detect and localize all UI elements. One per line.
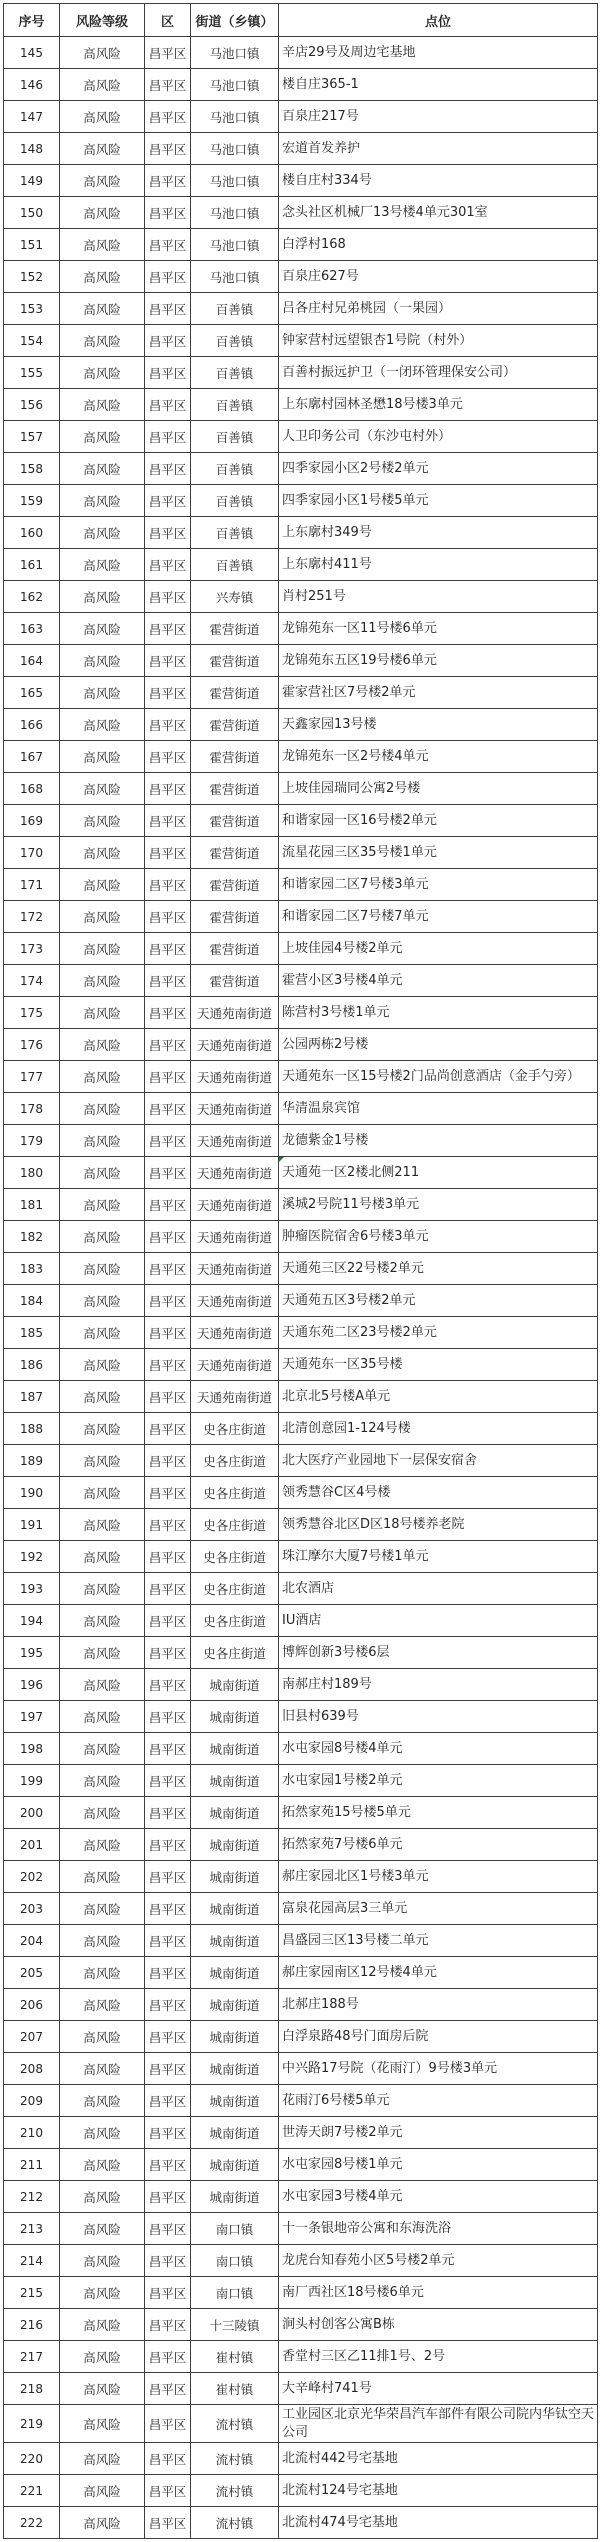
location-cell: 中兴路17号院（花雨汀）9号楼3单元 <box>279 2053 598 2085</box>
location-cell: 上东廓村411号 <box>279 549 598 581</box>
table-row: 216高风险昌平区十三陵镇涧头村创客公寓B栋 <box>4 2309 598 2341</box>
table-row: 172高风险昌平区霍营街道和谐家园二区7号楼7单元 <box>4 901 598 933</box>
risk-level-cell: 高风险 <box>60 1189 145 1221</box>
location-cell: 流星花园三区35号楼1单元 <box>279 837 598 869</box>
location-cell: 和谐家园二区7号楼7单元 <box>279 901 598 933</box>
risk-level-cell: 高风险 <box>60 133 145 165</box>
street-cell: 马池口镇 <box>191 37 279 69</box>
district-cell: 昌平区 <box>145 2085 191 2117</box>
serial-cell: 195 <box>4 1637 60 1669</box>
street-cell: 史各庄街道 <box>191 1637 279 1669</box>
table-row: 183高风险昌平区天通苑南街道天通苑三区22号楼2单元 <box>4 1253 598 1285</box>
street-cell: 史各庄街道 <box>191 1573 279 1605</box>
district-cell: 昌平区 <box>145 2021 191 2053</box>
header-row: 序号 风险等级 区 街道（乡镇） 点位 <box>4 4 598 37</box>
table-row: 189高风险昌平区史各庄街道北大医疗产业园地下一层保安宿舍 <box>4 1445 598 1477</box>
serial-cell: 196 <box>4 1669 60 1701</box>
serial-cell: 189 <box>4 1445 60 1477</box>
risk-level-cell: 高风险 <box>60 837 145 869</box>
column-header-risk-level: 风险等级 <box>60 4 145 37</box>
district-cell: 昌平区 <box>145 1541 191 1573</box>
street-cell: 十三陵镇 <box>191 2309 279 2341</box>
location-cell: 霍家营社区7号楼2单元 <box>279 677 598 709</box>
district-cell: 昌平区 <box>145 1253 191 1285</box>
table-row: 196高风险昌平区城南街道南郝庄村189号 <box>4 1669 598 1701</box>
risk-level-cell: 高风险 <box>60 453 145 485</box>
serial-cell: 179 <box>4 1125 60 1157</box>
table-row: 154高风险昌平区百善镇钟家营村远望银杏1号院（村外） <box>4 325 598 357</box>
location-cell: 北大医疗产业园地下一层保安宿舍 <box>279 1445 598 1477</box>
table-row: 150高风险昌平区马池口镇念头社区机械厂13号楼4单元301室 <box>4 197 598 229</box>
location-cell: 百泉庄627号 <box>279 261 598 293</box>
table-row: 176高风险昌平区天通苑南街道公园两栋2号楼 <box>4 1029 598 1061</box>
location-cell: 北京北5号楼A单元 <box>279 1381 598 1413</box>
street-cell: 霍营街道 <box>191 837 279 869</box>
risk-level-cell: 高风险 <box>60 1541 145 1573</box>
location-cell: 北流村124号宅基地 <box>279 2475 598 2507</box>
district-cell: 昌平区 <box>145 37 191 69</box>
risk-level-cell: 高风险 <box>60 1637 145 1669</box>
location-cell: 富泉花园高层3三单元 <box>279 1893 598 1925</box>
table-row: 148高风险昌平区马池口镇宏道首发养护 <box>4 133 598 165</box>
street-cell: 史各庄街道 <box>191 1509 279 1541</box>
street-cell: 城南街道 <box>191 1989 279 2021</box>
risk-level-cell: 高风险 <box>60 229 145 261</box>
serial-cell: 155 <box>4 357 60 389</box>
street-cell: 史各庄街道 <box>191 1413 279 1445</box>
street-cell: 百善镇 <box>191 293 279 325</box>
risk-level-cell: 高风险 <box>60 325 145 357</box>
risk-level-cell: 高风险 <box>60 933 145 965</box>
district-cell: 昌平区 <box>145 1509 191 1541</box>
risk-level-cell: 高风险 <box>60 2181 145 2213</box>
risk-level-cell: 高风险 <box>60 1061 145 1093</box>
location-cell: 花雨汀6号楼5单元 <box>279 2085 598 2117</box>
street-cell: 南口镇 <box>191 2277 279 2309</box>
street-cell: 城南街道 <box>191 2149 279 2181</box>
street-cell: 城南街道 <box>191 2085 279 2117</box>
location-cell: 南郝庄村189号 <box>279 1669 598 1701</box>
street-cell: 天通苑南街道 <box>191 1317 279 1349</box>
serial-cell: 148 <box>4 133 60 165</box>
district-cell: 昌平区 <box>145 2373 191 2405</box>
district-cell: 昌平区 <box>145 453 191 485</box>
street-cell: 天通苑南街道 <box>191 1093 279 1125</box>
serial-cell: 170 <box>4 837 60 869</box>
serial-cell: 212 <box>4 2181 60 2213</box>
location-cell: 涧头村创客公寓B栋 <box>279 2309 598 2341</box>
risk-level-cell: 高风险 <box>60 1253 145 1285</box>
location-cell: 工业园区北京光华荣昌汽车部件有限公司院内华钛空天公司 <box>279 2405 598 2443</box>
risk-level-cell: 高风险 <box>60 1829 145 1861</box>
street-cell: 城南街道 <box>191 1701 279 1733</box>
street-cell: 城南街道 <box>191 1957 279 1989</box>
risk-level-cell: 高风险 <box>60 1413 145 1445</box>
risk-level-cell: 高风险 <box>60 517 145 549</box>
location-cell: 天通苑东一区15号楼2门品尚创意酒店（金手勺旁） <box>279 1061 598 1093</box>
location-cell: 楼自庄村334号 <box>279 165 598 197</box>
street-cell: 城南街道 <box>191 1765 279 1797</box>
serial-cell: 220 <box>4 2443 60 2475</box>
table-row: 147高风险昌平区马池口镇百泉庄217号 <box>4 101 598 133</box>
district-cell: 昌平区 <box>145 2309 191 2341</box>
risk-level-cell: 高风险 <box>60 581 145 613</box>
street-cell: 史各庄街道 <box>191 1477 279 1509</box>
street-cell: 天通苑南街道 <box>191 1061 279 1093</box>
location-cell: 吕各庄村兄弟桃园（一果园） <box>279 293 598 325</box>
street-cell: 城南街道 <box>191 1733 279 1765</box>
table-row: 167高风险昌平区霍营街道龙锦苑东一区2号楼4单元 <box>4 741 598 773</box>
serial-cell: 159 <box>4 485 60 517</box>
district-cell: 昌平区 <box>145 1317 191 1349</box>
street-cell: 天通苑南街道 <box>191 1221 279 1253</box>
street-cell: 城南街道 <box>191 1669 279 1701</box>
serial-cell: 206 <box>4 1989 60 2021</box>
location-cell: 念头社区机械厂13号楼4单元301室 <box>279 197 598 229</box>
district-cell: 昌平区 <box>145 293 191 325</box>
location-cell: 天通苑一区2楼北侧211 <box>279 1157 598 1189</box>
risk-level-cell: 高风险 <box>60 69 145 101</box>
risk-level-cell: 高风险 <box>60 997 145 1029</box>
table-row: 160高风险昌平区百善镇上东廓村349号 <box>4 517 598 549</box>
district-cell: 昌平区 <box>145 2341 191 2373</box>
table-row: 209高风险昌平区城南街道花雨汀6号楼5单元 <box>4 2085 598 2117</box>
table-row: 152高风险昌平区马池口镇百泉庄627号 <box>4 261 598 293</box>
street-cell: 史各庄街道 <box>191 1445 279 1477</box>
table-body: 145高风险昌平区马池口镇辛店29号及周边宅基地146高风险昌平区马池口镇楼自庄… <box>4 37 598 2539</box>
serial-cell: 172 <box>4 901 60 933</box>
district-cell: 昌平区 <box>145 1413 191 1445</box>
serial-cell: 197 <box>4 1701 60 1733</box>
location-cell: 霍营小区3号楼4单元 <box>279 965 598 997</box>
location-cell: 人卫印务公司（东沙屯村外） <box>279 421 598 453</box>
location-cell: 世涛天朗7号楼2单元 <box>279 2117 598 2149</box>
table-row: 202高风险昌平区城南街道郝庄家园北区1号楼3单元 <box>4 1861 598 1893</box>
serial-cell: 185 <box>4 1317 60 1349</box>
street-cell: 史各庄街道 <box>191 1541 279 1573</box>
serial-cell: 168 <box>4 773 60 805</box>
risk-area-list-page: 序号 风险等级 区 街道（乡镇） 点位 145高风险昌平区马池口镇辛店29号及周… <box>0 0 600 2542</box>
location-cell: 旧县村639号 <box>279 1701 598 1733</box>
table-row: 213高风险昌平区南口镇十一条银地帝公寓和东海洗浴 <box>4 2213 598 2245</box>
district-cell: 昌平区 <box>145 2213 191 2245</box>
table-row: 153高风险昌平区百善镇吕各庄村兄弟桃园（一果园） <box>4 293 598 325</box>
serial-cell: 184 <box>4 1285 60 1317</box>
location-cell: 龙德紫金1号楼 <box>279 1125 598 1157</box>
risk-level-cell: 高风险 <box>60 2373 145 2405</box>
serial-cell: 145 <box>4 37 60 69</box>
table-row: 159高风险昌平区百善镇四季家园小区1号楼5单元 <box>4 485 598 517</box>
risk-level-cell: 高风险 <box>60 1349 145 1381</box>
serial-cell: 149 <box>4 165 60 197</box>
risk-level-cell: 高风险 <box>60 549 145 581</box>
risk-level-cell: 高风险 <box>60 1125 145 1157</box>
table-row: 191高风险昌平区史各庄街道领秀慧谷北区D区18号楼养老院 <box>4 1509 598 1541</box>
street-cell: 百善镇 <box>191 421 279 453</box>
serial-cell: 217 <box>4 2341 60 2373</box>
table-row: 184高风险昌平区天通苑南街道天通苑五区3号楼2单元 <box>4 1285 598 1317</box>
risk-level-cell: 高风险 <box>60 1317 145 1349</box>
table-row: 197高风险昌平区城南街道旧县村639号 <box>4 1701 598 1733</box>
location-cell: 香堂村三区乙11排1号、2号 <box>279 2341 598 2373</box>
serial-cell: 174 <box>4 965 60 997</box>
serial-cell: 169 <box>4 805 60 837</box>
serial-cell: 202 <box>4 1861 60 1893</box>
risk-level-cell: 高风险 <box>60 1861 145 1893</box>
district-cell: 昌平区 <box>145 1093 191 1125</box>
location-cell: 北流村442号宅基地 <box>279 2443 598 2475</box>
table-row: 155高风险昌平区百善镇百善村振远护卫（一闭环管理保安公司） <box>4 357 598 389</box>
street-cell: 霍营街道 <box>191 869 279 901</box>
street-cell: 崔村镇 <box>191 2373 279 2405</box>
serial-cell: 216 <box>4 2309 60 2341</box>
column-header-serial: 序号 <box>4 4 60 37</box>
table-row: 162高风险昌平区兴寿镇肖村251号 <box>4 581 598 613</box>
street-cell: 百善镇 <box>191 453 279 485</box>
serial-cell: 163 <box>4 613 60 645</box>
district-cell: 昌平区 <box>145 997 191 1029</box>
street-cell: 霍营街道 <box>191 933 279 965</box>
serial-cell: 188 <box>4 1413 60 1445</box>
table-row: 186高风险昌平区天通苑南街道天通苑东一区35号楼 <box>4 1349 598 1381</box>
serial-cell: 152 <box>4 261 60 293</box>
risk-level-cell: 高风险 <box>60 741 145 773</box>
location-cell: 天通东苑二区23号楼2单元 <box>279 1317 598 1349</box>
location-cell: 郝庄家园南区12号楼4单元 <box>279 1957 598 1989</box>
location-cell: 溪城2号院11号楼3单元 <box>279 1189 598 1221</box>
street-cell: 城南街道 <box>191 2053 279 2085</box>
risk-level-cell: 高风险 <box>60 2021 145 2053</box>
serial-cell: 177 <box>4 1061 60 1093</box>
serial-cell: 207 <box>4 2021 60 2053</box>
serial-cell: 191 <box>4 1509 60 1541</box>
risk-level-cell: 高风险 <box>60 2507 145 2539</box>
street-cell: 天通苑南街道 <box>191 1253 279 1285</box>
location-cell: 楼自庄365-1 <box>279 69 598 101</box>
location-cell: 领秀慧谷C区4号楼 <box>279 1477 598 1509</box>
serial-cell: 161 <box>4 549 60 581</box>
risk-level-cell: 高风险 <box>60 197 145 229</box>
risk-level-cell: 高风险 <box>60 677 145 709</box>
street-cell: 南口镇 <box>191 2245 279 2277</box>
table-row: 188高风险昌平区史各庄街道北清创意园1-124号楼 <box>4 1413 598 1445</box>
location-cell: 公园两栋2号楼 <box>279 1029 598 1061</box>
risk-level-cell: 高风险 <box>60 1733 145 1765</box>
location-cell: 肖村251号 <box>279 581 598 613</box>
location-cell: 北农酒店 <box>279 1573 598 1605</box>
district-cell: 昌平区 <box>145 1285 191 1317</box>
district-cell: 昌平区 <box>145 549 191 581</box>
district-cell: 昌平区 <box>145 1829 191 1861</box>
table-row: 204高风险昌平区城南街道昌盛园三区13号楼二单元 <box>4 1925 598 1957</box>
risk-level-cell: 高风险 <box>60 1957 145 1989</box>
risk-level-cell: 高风险 <box>60 1765 145 1797</box>
street-cell: 天通苑南街道 <box>191 1189 279 1221</box>
district-cell: 昌平区 <box>145 2443 191 2475</box>
location-cell: 大辛峰村741号 <box>279 2373 598 2405</box>
location-cell: 钟家营村远望银杏1号院（村外） <box>279 325 598 357</box>
location-cell: 辛店29号及周边宅基地 <box>279 37 598 69</box>
table-row: 220高风险昌平区流村镇北流村442号宅基地 <box>4 2443 598 2475</box>
district-cell: 昌平区 <box>145 1445 191 1477</box>
table-row: 219高风险昌平区流村镇工业园区北京光华荣昌汽车部件有限公司院内华钛空天公司 <box>4 2405 598 2443</box>
district-cell: 昌平区 <box>145 517 191 549</box>
table-header: 序号 风险等级 区 街道（乡镇） 点位 <box>4 4 598 37</box>
location-cell: 拓然家苑15号楼5单元 <box>279 1797 598 1829</box>
serial-cell: 208 <box>4 2053 60 2085</box>
table-row: 177高风险昌平区天通苑南街道天通苑东一区15号楼2门品尚创意酒店（金手勺旁） <box>4 1061 598 1093</box>
table-row: 206高风险昌平区城南街道北郝庄188号 <box>4 1989 598 2021</box>
risk-level-cell: 高风险 <box>60 2245 145 2277</box>
location-cell: 四季家园小区1号楼5单元 <box>279 485 598 517</box>
serial-cell: 166 <box>4 709 60 741</box>
district-cell: 昌平区 <box>145 2149 191 2181</box>
street-cell: 天通苑南街道 <box>191 1349 279 1381</box>
district-cell: 昌平区 <box>145 389 191 421</box>
risk-area-table: 序号 风险等级 区 街道（乡镇） 点位 145高风险昌平区马池口镇辛店29号及周… <box>3 3 598 2539</box>
serial-cell: 186 <box>4 1349 60 1381</box>
risk-level-cell: 高风险 <box>60 773 145 805</box>
serial-cell: 160 <box>4 517 60 549</box>
serial-cell: 205 <box>4 1957 60 1989</box>
table-row: 146高风险昌平区马池口镇楼自庄365-1 <box>4 69 598 101</box>
table-row: 180高风险昌平区天通苑南街道天通苑一区2楼北侧211 <box>4 1157 598 1189</box>
street-cell: 天通苑南街道 <box>191 1125 279 1157</box>
district-cell: 昌平区 <box>145 1573 191 1605</box>
location-cell: 宏道首发养护 <box>279 133 598 165</box>
district-cell: 昌平区 <box>145 69 191 101</box>
location-cell: 白浮村168 <box>279 229 598 261</box>
location-cell: 和谐家园一区16号楼2单元 <box>279 805 598 837</box>
district-cell: 昌平区 <box>145 1125 191 1157</box>
serial-cell: 194 <box>4 1605 60 1637</box>
district-cell: 昌平区 <box>145 261 191 293</box>
street-cell: 霍营街道 <box>191 805 279 837</box>
table-row: 157高风险昌平区百善镇人卫印务公司（东沙屯村外） <box>4 421 598 453</box>
street-cell: 霍营街道 <box>191 773 279 805</box>
serial-cell: 200 <box>4 1797 60 1829</box>
table-row: 165高风险昌平区霍营街道霍家营社区7号楼2单元 <box>4 677 598 709</box>
location-cell: 珠江摩尔大厦7号楼1单元 <box>279 1541 598 1573</box>
table-row: 156高风险昌平区百善镇上东廓村园林圣懋18号楼3单元 <box>4 389 598 421</box>
table-row: 201高风险昌平区城南街道拓然家苑7号楼6单元 <box>4 1829 598 1861</box>
street-cell: 流村镇 <box>191 2475 279 2507</box>
location-cell: 天通苑五区3号楼2单元 <box>279 1285 598 1317</box>
serial-cell: 171 <box>4 869 60 901</box>
risk-level-cell: 高风险 <box>60 709 145 741</box>
serial-cell: 167 <box>4 741 60 773</box>
district-cell: 昌平区 <box>145 869 191 901</box>
district-cell: 昌平区 <box>145 229 191 261</box>
street-cell: 霍营街道 <box>191 741 279 773</box>
table-row: 193高风险昌平区史各庄街道北农酒店 <box>4 1573 598 1605</box>
risk-level-cell: 高风险 <box>60 2149 145 2181</box>
district-cell: 昌平区 <box>145 2181 191 2213</box>
district-cell: 昌平区 <box>145 1797 191 1829</box>
location-cell: 郝庄家园北区1号楼3单元 <box>279 1861 598 1893</box>
serial-cell: 150 <box>4 197 60 229</box>
street-cell: 城南街道 <box>191 1861 279 1893</box>
risk-level-cell: 高风险 <box>60 901 145 933</box>
risk-level-cell: 高风险 <box>60 965 145 997</box>
location-cell: IU酒店 <box>279 1605 598 1637</box>
risk-level-cell: 高风险 <box>60 1029 145 1061</box>
district-cell: 昌平区 <box>145 2277 191 2309</box>
risk-level-cell: 高风险 <box>60 2443 145 2475</box>
table-row: 203高风险昌平区城南街道富泉花园高层3三单元 <box>4 1893 598 1925</box>
district-cell: 昌平区 <box>145 837 191 869</box>
district-cell: 昌平区 <box>145 1893 191 1925</box>
district-cell: 昌平区 <box>145 1189 191 1221</box>
street-cell: 南口镇 <box>191 2213 279 2245</box>
risk-level-cell: 高风险 <box>60 1573 145 1605</box>
table-row: 210高风险昌平区城南街道世涛天朗7号楼2单元 <box>4 2117 598 2149</box>
street-cell: 流村镇 <box>191 2443 279 2475</box>
serial-cell: 215 <box>4 2277 60 2309</box>
district-cell: 昌平区 <box>145 2117 191 2149</box>
street-cell: 天通苑南街道 <box>191 1285 279 1317</box>
district-cell: 昌平区 <box>145 773 191 805</box>
location-cell: 上坡佳园瑞同公寓2号楼 <box>279 773 598 805</box>
location-cell: 昌盛园三区13号楼二单元 <box>279 1925 598 1957</box>
table-row: 207高风险昌平区城南街道白浮泉路48号门面房后院 <box>4 2021 598 2053</box>
location-cell: 龙锦苑东一区2号楼4单元 <box>279 741 598 773</box>
street-cell: 霍营街道 <box>191 965 279 997</box>
district-cell: 昌平区 <box>145 2507 191 2539</box>
street-cell: 马池口镇 <box>191 101 279 133</box>
table-row: 174高风险昌平区霍营街道霍营小区3号楼4单元 <box>4 965 598 997</box>
location-cell: 博辉创新3号楼6层 <box>279 1637 598 1669</box>
serial-cell: 157 <box>4 421 60 453</box>
serial-cell: 204 <box>4 1925 60 1957</box>
district-cell: 昌平区 <box>145 101 191 133</box>
street-cell: 百善镇 <box>191 485 279 517</box>
street-cell: 城南街道 <box>191 1893 279 1925</box>
street-cell: 天通苑南街道 <box>191 1029 279 1061</box>
street-cell: 马池口镇 <box>191 133 279 165</box>
table-row: 161高风险昌平区百善镇上东廓村411号 <box>4 549 598 581</box>
district-cell: 昌平区 <box>145 1349 191 1381</box>
serial-cell: 176 <box>4 1029 60 1061</box>
table-row: 205高风险昌平区城南街道郝庄家园南区12号楼4单元 <box>4 1957 598 1989</box>
serial-cell: 211 <box>4 2149 60 2181</box>
street-cell: 马池口镇 <box>191 165 279 197</box>
risk-level-cell: 高风险 <box>60 2309 145 2341</box>
table-row: 218高风险昌平区崔村镇大辛峰村741号 <box>4 2373 598 2405</box>
street-cell: 霍营街道 <box>191 613 279 645</box>
risk-level-cell: 高风险 <box>60 1093 145 1125</box>
location-cell: 和谐家园二区7号楼3单元 <box>279 869 598 901</box>
serial-cell: 218 <box>4 2373 60 2405</box>
district-cell: 昌平区 <box>145 165 191 197</box>
table-row: 158高风险昌平区百善镇四季家园小区2号楼2单元 <box>4 453 598 485</box>
district-cell: 昌平区 <box>145 645 191 677</box>
table-row: 163高风险昌平区霍营街道龙锦苑东一区11号楼6单元 <box>4 613 598 645</box>
street-cell: 兴寿镇 <box>191 581 279 613</box>
serial-cell: 213 <box>4 2213 60 2245</box>
risk-level-cell: 高风险 <box>60 1925 145 1957</box>
district-cell: 昌平区 <box>145 1029 191 1061</box>
district-cell: 昌平区 <box>145 1605 191 1637</box>
table-row: 166高风险昌平区霍营街道天鑫家园13号楼 <box>4 709 598 741</box>
district-cell: 昌平区 <box>145 677 191 709</box>
serial-cell: 173 <box>4 933 60 965</box>
table-row: 164高风险昌平区霍营街道龙锦苑东五区19号楼6单元 <box>4 645 598 677</box>
location-cell: 十一条银地帝公寓和东海洗浴 <box>279 2213 598 2245</box>
street-cell: 霍营街道 <box>191 901 279 933</box>
location-cell: 龙锦苑东五区19号楼6单元 <box>279 645 598 677</box>
table-row: 168高风险昌平区霍营街道上坡佳园瑞同公寓2号楼 <box>4 773 598 805</box>
